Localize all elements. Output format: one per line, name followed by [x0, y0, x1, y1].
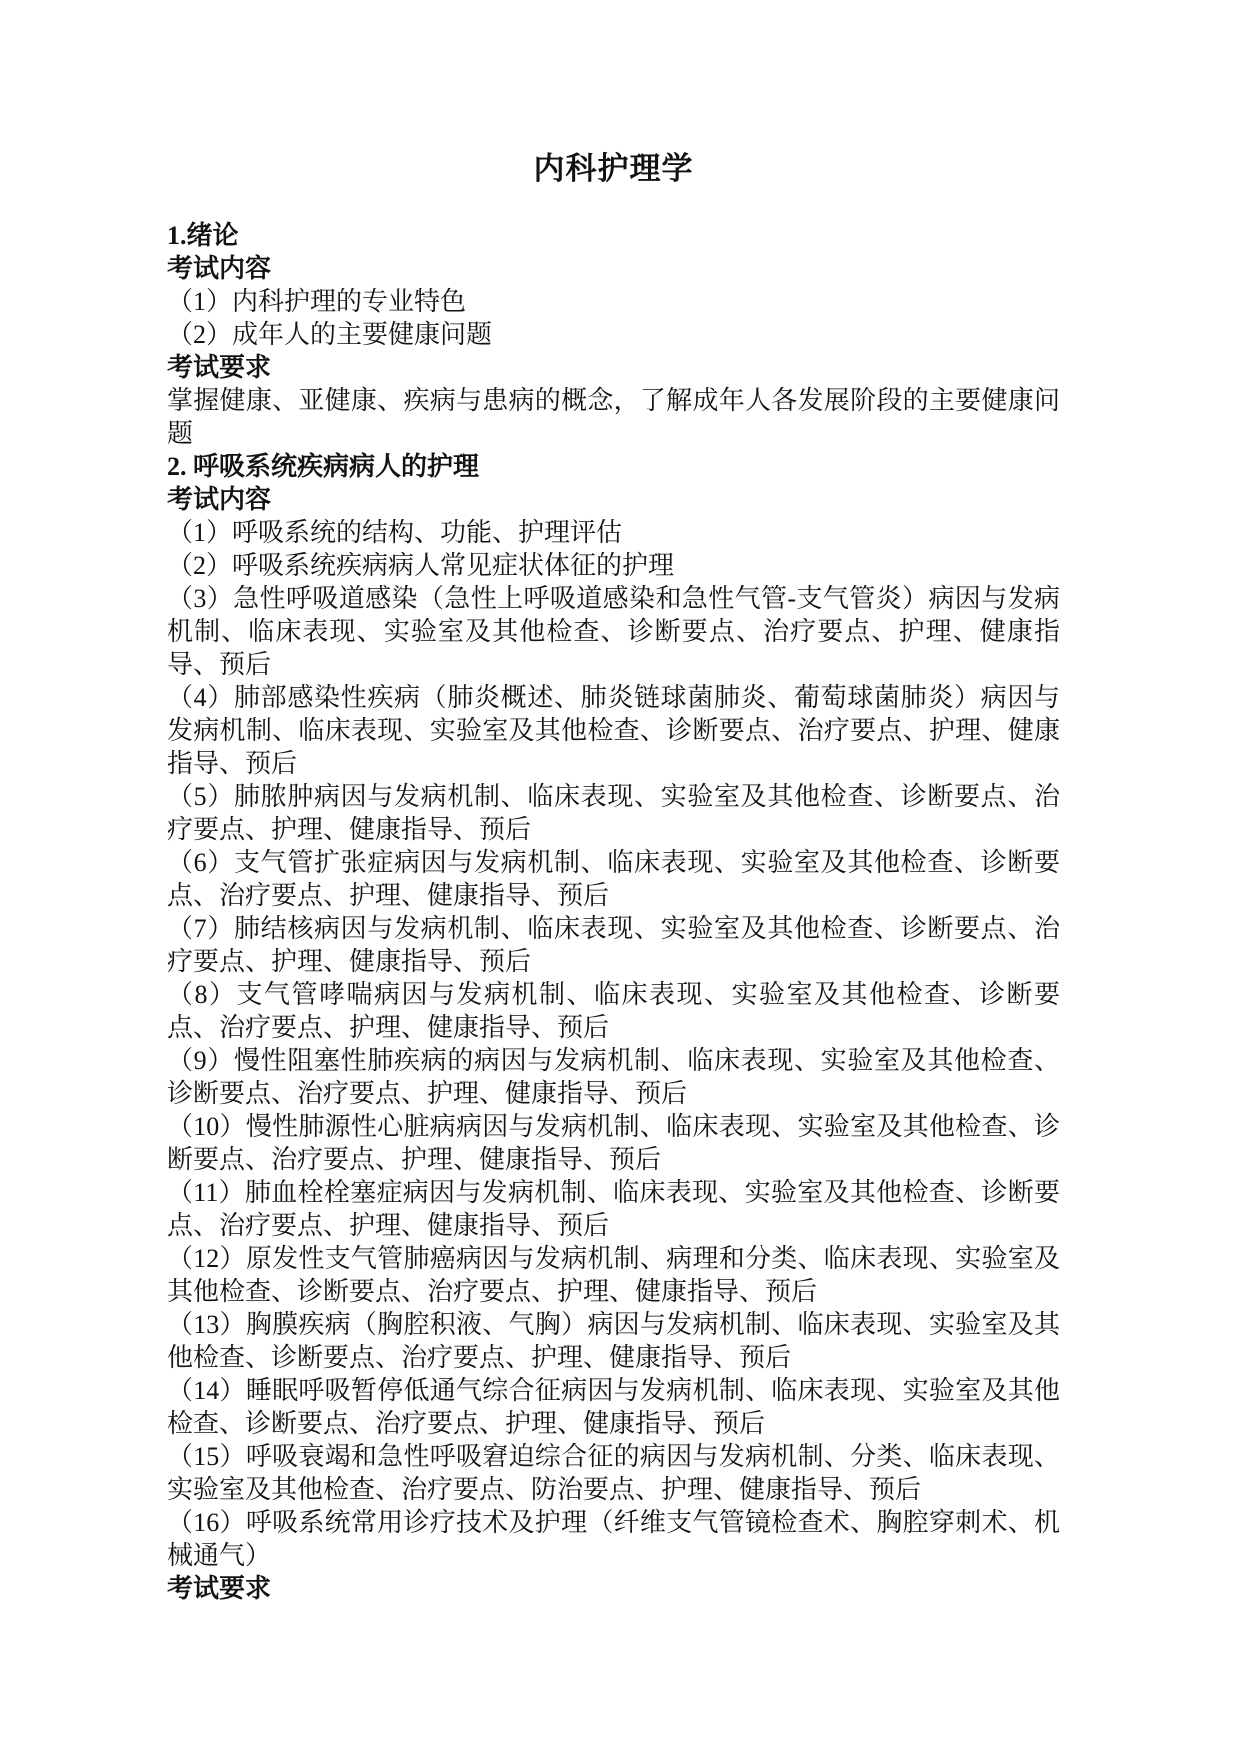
subheading-exam-content: 考试内容: [167, 252, 1060, 285]
list-item: （9）慢性阻塞性肺疾病的病因与发病机制、临床表现、实验室及其他检查、诊断要点、治…: [167, 1044, 1060, 1110]
list-item: （1）内科护理的专业特色: [167, 285, 1060, 318]
list-item: （16）呼吸系统常用诊疗技术及护理（纤维支气管镜检查术、胸腔穿刺术、机械通气）: [167, 1506, 1060, 1572]
list-item: （10）慢性肺源性心脏病病因与发病机制、临床表现、实验室及其他检查、诊断要点、治…: [167, 1110, 1060, 1176]
list-item: （6）支气管扩张症病因与发病机制、临床表现、实验室及其他检查、诊断要点、治疗要点…: [167, 846, 1060, 912]
list-item: （4）肺部感染性疾病（肺炎概述、肺炎链球菌肺炎、葡萄球菌肺炎）病因与发病机制、临…: [167, 681, 1060, 780]
subheading-exam-content: 考试内容: [167, 483, 1060, 516]
list-item: （14）睡眠呼吸暂停低通气综合征病因与发病机制、临床表现、实验室及其他检查、诊断…: [167, 1374, 1060, 1440]
list-item: （5）肺脓肿病因与发病机制、临床表现、实验室及其他检查、诊断要点、治疗要点、护理…: [167, 780, 1060, 846]
subheading-exam-requirement: 考试要求: [167, 351, 1060, 384]
list-item: （1）呼吸系统的结构、功能、护理评估: [167, 516, 1060, 549]
section-heading: 1.绪论: [167, 219, 1060, 252]
list-item: （13）胸膜疾病（胸腔积液、气胸）病因与发病机制、临床表现、实验室及其他检查、诊…: [167, 1308, 1060, 1374]
list-item: （3）急性呼吸道感染（急性上呼吸道感染和急性气管-支气管炎）病因与发病机制、临床…: [167, 582, 1060, 681]
list-item: （2）成年人的主要健康问题: [167, 318, 1060, 351]
document-body: 1.绪论 考试内容 （1）内科护理的专业特色 （2）成年人的主要健康问题 考试要…: [167, 219, 1060, 1605]
paragraph: 掌握健康、亚健康、疾病与患病的概念，了解成年人各发展阶段的主要健康问题: [167, 384, 1060, 450]
list-item: （7）肺结核病因与发病机制、临床表现、实验室及其他检查、诊断要点、治疗要点、护理…: [167, 912, 1060, 978]
list-item: （11）肺血栓栓塞症病因与发病机制、临床表现、实验室及其他检查、诊断要点、治疗要…: [167, 1176, 1060, 1242]
section-heading: 2. 呼吸系统疾病病人的护理: [167, 450, 1060, 483]
subheading-exam-requirement: 考试要求: [167, 1572, 1060, 1605]
document-title: 内科护理学: [167, 150, 1060, 188]
list-item: （12）原发性支气管肺癌病因与发病机制、病理和分类、临床表现、实验室及其他检查、…: [167, 1242, 1060, 1308]
list-item: （15）呼吸衰竭和急性呼吸窘迫综合征的病因与发病机制、分类、临床表现、实验室及其…: [167, 1440, 1060, 1506]
list-item: （8）支气管哮喘病因与发病机制、临床表现、实验室及其他检查、诊断要点、治疗要点、…: [167, 978, 1060, 1044]
list-item: （2）呼吸系统疾病病人常见症状体征的护理: [167, 549, 1060, 582]
document-page: 内科护理学 1.绪论 考试内容 （1）内科护理的专业特色 （2）成年人的主要健康…: [0, 0, 1240, 1754]
